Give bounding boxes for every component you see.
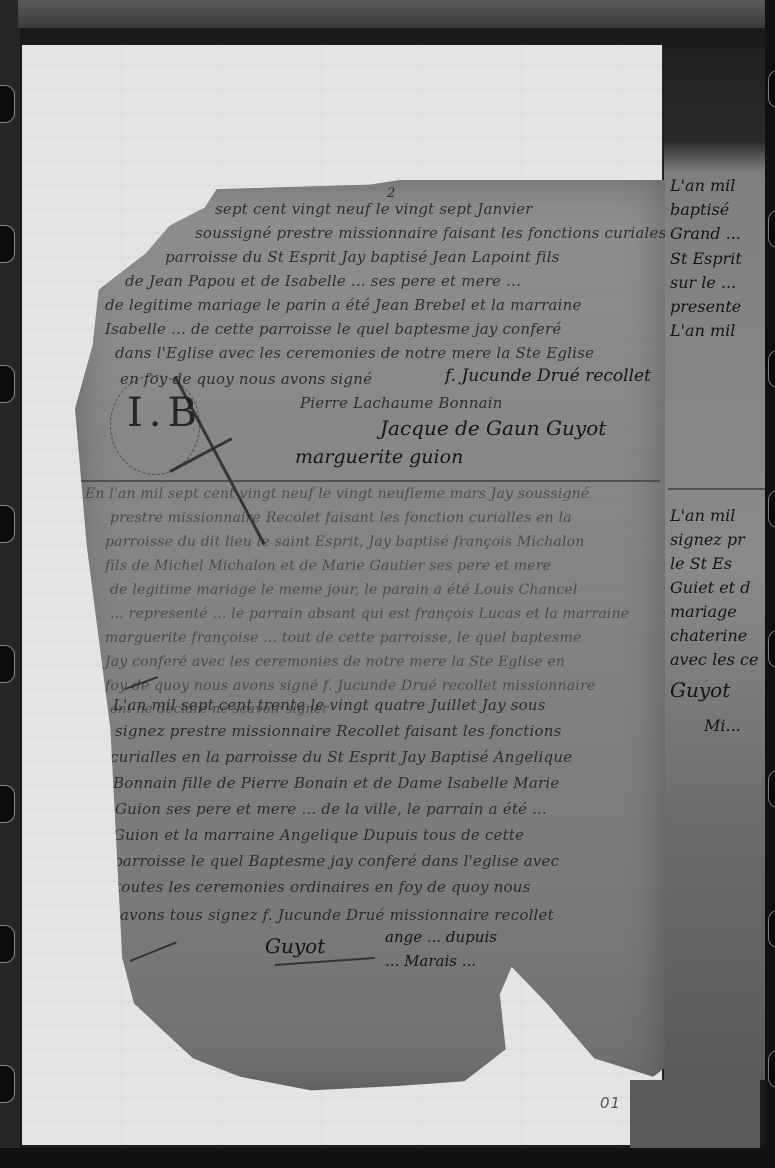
film-strip-right xyxy=(765,0,775,1168)
entry-line: Guion ses pere et mere ... de la ville, … xyxy=(115,800,547,818)
signature: Guyot xyxy=(265,934,325,958)
entry-line: de Jean Papou et de Isabelle ... ses per… xyxy=(125,272,521,290)
entry-line: marguerite françoise ... tout de cette p… xyxy=(105,630,581,646)
adjacent-signature: Guyot xyxy=(670,678,730,702)
adjacent-line: sur le ... xyxy=(670,273,736,292)
entry-line: ... representé ... le parrain absant qui… xyxy=(110,606,629,622)
adjacent-line: le St Es xyxy=(670,554,732,573)
sprocket-hole xyxy=(0,85,15,123)
adjacent-line: presente xyxy=(670,297,741,316)
manuscript-page: 2 sept cent vingt neuf le vingt sept Jan… xyxy=(75,180,665,1095)
entry-line: signez prestre missionnaire Recollet fai… xyxy=(115,722,561,740)
sprocket-hole xyxy=(768,770,775,808)
entry-divider xyxy=(80,480,660,482)
adjacent-line: L'an mil xyxy=(670,176,735,195)
entry-line: dans l'Eglise avec les ceremonies de not… xyxy=(115,344,594,362)
signature: ... Marais ... xyxy=(385,952,476,970)
cleric-signature: f. Jucunde Drué recollet xyxy=(445,366,651,386)
adjacent-line: signez pr xyxy=(670,530,745,549)
entry-line: soussigné prestre missionnaire faisant l… xyxy=(195,224,667,242)
film-strip-left xyxy=(0,0,20,1168)
adjacent-line: L'an mil xyxy=(670,506,735,525)
entry-line: L'an mil sept cent trente le vingt quatr… xyxy=(113,696,546,714)
adjacent-line: mariage xyxy=(670,602,737,621)
corner-shadow xyxy=(630,1080,760,1148)
divider xyxy=(668,488,768,490)
sprocket-hole xyxy=(0,365,15,403)
sprocket-hole xyxy=(0,505,15,543)
entry-line: parroisse le quel Baptesme jay conferé d… xyxy=(113,852,559,870)
sprocket-hole xyxy=(768,350,775,388)
entry-line: fils de Michel Michalon et de Marie Gaut… xyxy=(105,558,551,574)
adjacent-line: chaterine xyxy=(670,626,747,645)
entry-line: curialles en la parroisse du St Esprit J… xyxy=(110,748,572,766)
entry-line: parroisse du St Esprit Jay baptisé Jean … xyxy=(165,248,560,266)
adjacent-line: avec les ce xyxy=(670,650,758,669)
entry-line: En l'an mil sept cent vingt neuf le ving… xyxy=(85,486,589,502)
entry-line: Jay conferé avec les ceremonies de notre… xyxy=(105,654,565,670)
entry-line: parroisse du dit lieu le saint Esprit, J… xyxy=(105,534,585,550)
entry-line: Bonnain fille de Pierre Bonain et de Dam… xyxy=(113,774,559,792)
adjacent-line: St Esprit xyxy=(670,249,742,268)
entry-line: toutes les ceremonies ordinaires en foy … xyxy=(115,878,531,896)
signature: marguerite guion xyxy=(295,446,463,468)
adjacent-line: Guiet et d xyxy=(670,578,750,597)
sprocket-hole xyxy=(768,1050,775,1088)
sprocket-hole xyxy=(768,910,775,948)
sprocket-hole xyxy=(768,210,775,248)
witness-names: Pierre Lachaume Bonnain xyxy=(300,394,503,412)
sprocket-hole xyxy=(0,785,15,823)
frame-number: 01 xyxy=(600,1094,621,1112)
signature: ange ... dupuis xyxy=(385,928,497,946)
signature: Jacque de Gaun Guyot xyxy=(380,416,606,440)
sprocket-hole xyxy=(768,630,775,668)
entry-line: de legitime mariage le parin a été Jean … xyxy=(105,296,582,314)
adjacent-page-fragment: L'an mil baptisé Grand ... St Esprit sur… xyxy=(662,48,770,1080)
film-top-edge xyxy=(18,0,775,28)
sprocket-hole xyxy=(0,925,15,963)
entry-line: avons tous signez f. Jucunde Drué missio… xyxy=(120,906,554,924)
sprocket-hole xyxy=(768,490,775,528)
entry-line: Isabelle ... de cette parroisse le quel … xyxy=(105,320,562,338)
adjacent-line: Grand ... xyxy=(670,224,741,243)
entry-line: Guion et la marraine Angelique Dupuis to… xyxy=(113,826,524,844)
adjacent-signature: Mi... xyxy=(704,716,741,735)
entry-line: sept cent vingt neuf le vingt sept Janvi… xyxy=(215,200,533,218)
sprocket-hole xyxy=(768,70,775,108)
adjacent-line: baptisé xyxy=(670,200,729,219)
sprocket-hole xyxy=(0,645,15,683)
page-marker: 2 xyxy=(387,186,395,201)
seal-initials: I.B xyxy=(127,390,203,436)
entry-line: foy de quoy nous avons signé f. Jucunde … xyxy=(105,678,595,694)
entry-line: prestre missionnaire Recolet faisant les… xyxy=(110,510,572,526)
entry-line: de legitime mariage le meme jour, le par… xyxy=(110,582,578,598)
film-bottom-edge xyxy=(0,1148,775,1168)
sprocket-hole xyxy=(0,1065,15,1103)
adjacent-line: L'an mil xyxy=(670,321,735,340)
sprocket-hole xyxy=(0,225,15,263)
